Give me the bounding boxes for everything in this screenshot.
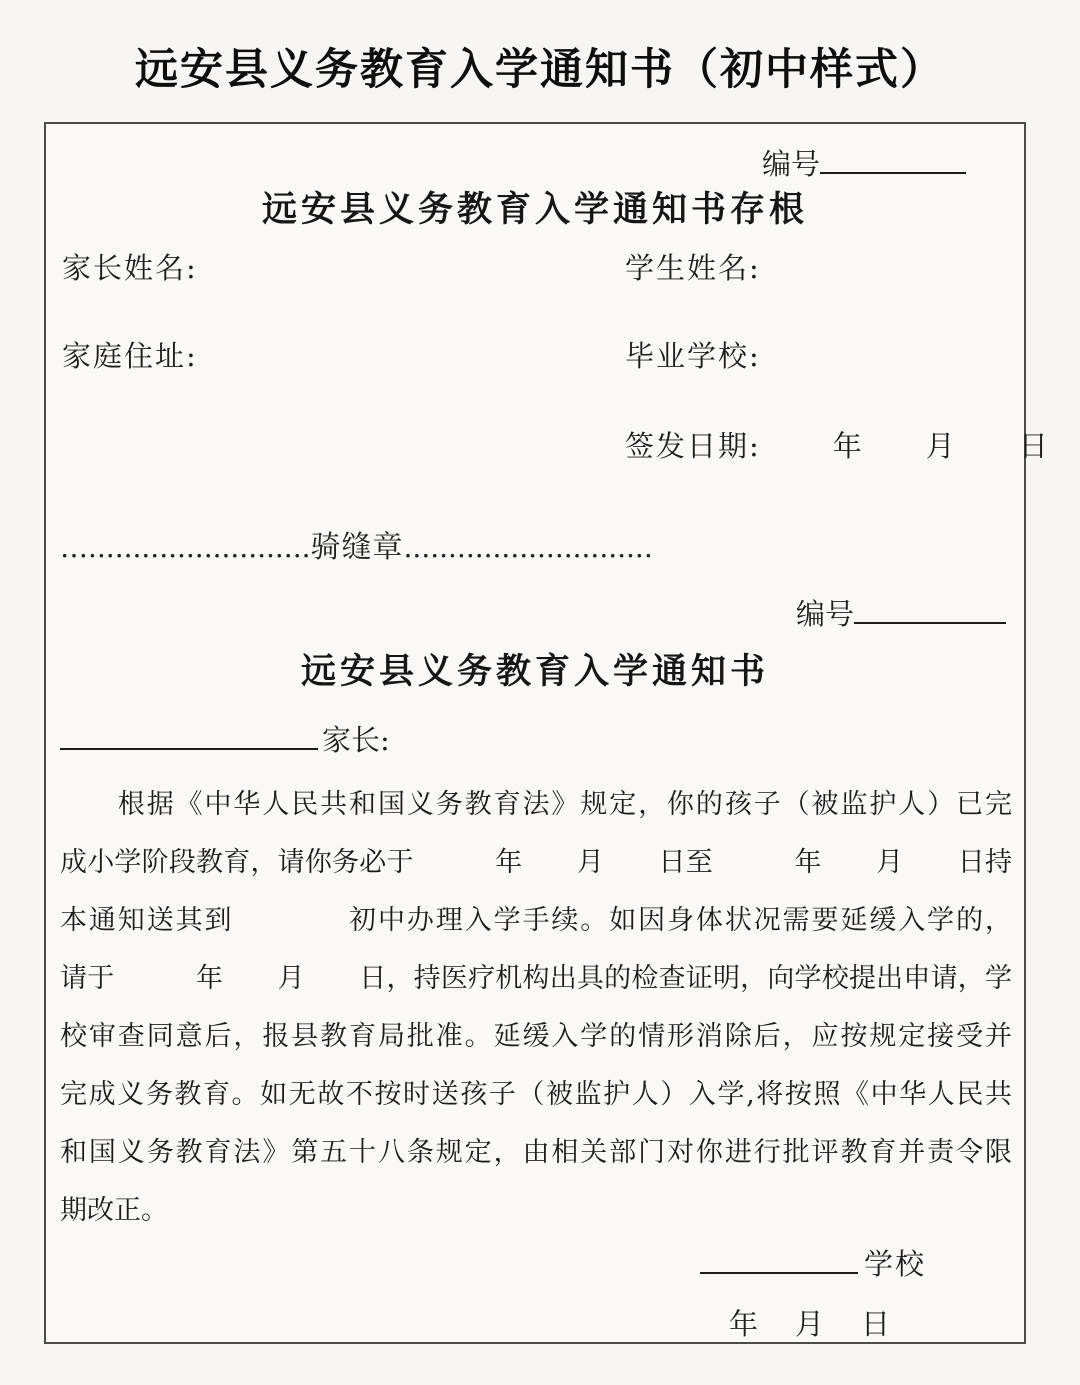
stub-serial-row: 编号: [762, 142, 966, 183]
salutation-row: 家长:: [60, 718, 390, 759]
stub-serial-label: 编号: [762, 147, 820, 181]
graduate-school-label: 毕业学校:: [625, 334, 761, 375]
notice-body-line: 完成义务教育。如无故不按时送孩子（被监护人）入学,将按照《中华人民共: [60, 1066, 1012, 1124]
notice-body-line: 成小学阶段教育，请你务必于 年 月 日至 年 月 日持: [60, 834, 1012, 892]
salutation-blank: [60, 719, 318, 750]
seam-dots-left: ….........................: [60, 531, 311, 564]
notice-title: 远安县义务教育入学通知书: [46, 644, 1024, 694]
notice-body-line: 期改正。: [60, 1182, 1012, 1240]
stub-title: 远安县义务教育入学通知书存根: [46, 182, 1024, 232]
home-address-label: 家庭住址:: [62, 334, 198, 375]
signature-school-label: 学校: [864, 1247, 926, 1281]
issue-date-units: 年 月 日: [833, 429, 1050, 463]
notice-serial-row: 编号: [796, 592, 1006, 633]
parent-name-label: 家长姓名:: [62, 246, 198, 287]
signature-school-blank: [700, 1243, 858, 1274]
notice-body: 根据《中华人民共和国义务教育法》规定，你的孩子（被监护人）已完 成小学阶段教育，…: [60, 776, 1012, 1240]
notice-form-box: 编号 远安县义务教育入学通知书存根 家长姓名: 学生姓名: 家庭住址: 毕业学校…: [44, 122, 1026, 1344]
page-title: 远安县义务教育入学通知书（初中样式）: [0, 36, 1080, 97]
notice-body-line: 校审查同意后，报县教育局批准。延缓入学的情形消除后，应按规定接受并: [60, 1008, 1012, 1066]
notice-body-line: 本通知送其到 初中办理入学手续。如因身体状况需要延缓入学的，: [60, 892, 1012, 950]
signature-date-row: 年 月 日: [729, 1302, 894, 1343]
seam-seal-label: 骑缝章: [311, 530, 404, 565]
signature-school-row: 学校: [700, 1242, 926, 1283]
notice-body-line: 和国义务教育法》第五十八条规定，由相关部门对你进行批评教育并责令限: [60, 1124, 1012, 1182]
notice-serial-label: 编号: [796, 597, 854, 631]
notice-body-line: 根据《中华人民共和国义务教育法》规定，你的孩子（被监护人）已完: [60, 776, 1012, 834]
notice-serial-blank: [854, 593, 1006, 624]
student-name-label: 学生姓名:: [625, 246, 761, 287]
issue-date-label: 签发日期:: [625, 429, 761, 463]
seam-dots-right: ............................: [404, 531, 653, 564]
stub-serial-blank: [820, 143, 966, 174]
salutation-label: 家长:: [322, 723, 390, 757]
issue-date-row: 签发日期:年 月 日: [625, 424, 1050, 465]
seam-seal-line: ….........................骑缝章...........…: [60, 522, 653, 566]
notice-body-line: 请于 年 月 日，持医疗机构出具的检查证明，向学校提出申请，学: [60, 950, 1012, 1008]
